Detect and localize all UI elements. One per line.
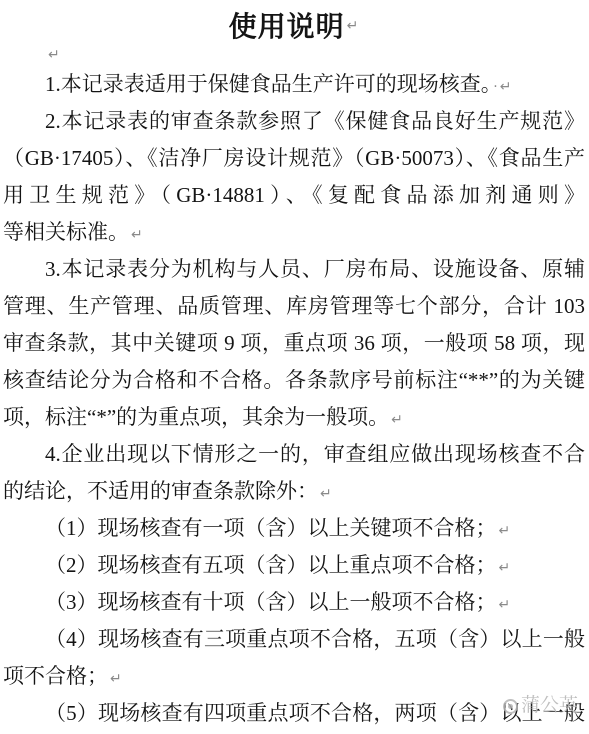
line-text: 用卫生规范》（GB·14881）、《复配食品添加剂通则》（GB·26687）: [3, 183, 585, 214]
title-row: 使用说明↵: [0, 0, 589, 46]
doc-line: 等相关标准。↵: [3, 214, 585, 251]
paragraph-mark-icon: ↵: [110, 671, 124, 687]
doc-line: （2）现场核查有五项（含）以上重点项不合格；↵: [3, 547, 585, 584]
doc-line: （1）现场核查有一项（含）以上关键项不合格；↵: [3, 510, 585, 547]
doc-line: 项不合格；↵: [3, 658, 585, 695]
doc-line: 的结论，不适用的审查条款除外：↵: [3, 473, 585, 510]
paragraph-mark-icon: ↵: [131, 227, 145, 243]
line-text: 3.本记录表分为机构与人员、厂房布局、设施设备、原辅料: [3, 257, 585, 288]
paragraph-mark-icon: ·↵: [493, 79, 513, 95]
doc-line: （5）现场核查有四项重点项不合格，两项（含）以上一般: [3, 695, 585, 732]
document-body: 1.本记录表适用于保健食品生产许可的现场核查。·↵ 2.本记录表的审查条款参照了…: [0, 66, 589, 732]
doc-line: 管理、生产管理、品质管理、库房管理等七个部分，合计 103 项: [3, 288, 585, 325]
doc-line: 用卫生规范》（GB·14881）、《复配食品添加剂通则》（GB·26687）: [3, 177, 585, 214]
line-text: 2.本记录表的审查条款参照了《保健食品良好生产规范》: [45, 109, 585, 133]
line-text: （1）现场核查有一项（含）以上关键项不合格；: [45, 516, 497, 540]
paragraph-mark-icon: ↵: [48, 47, 62, 63]
line-text: 项不合格；: [3, 664, 108, 688]
line-text: （4）现场核查有三项重点项不合格，五项（含）以上一般: [45, 627, 585, 651]
line-text: 的结论，不适用的审查条款除外：: [3, 479, 318, 503]
doc-line: 3.本记录表分为机构与人员、厂房布局、设施设备、原辅料: [3, 251, 585, 288]
paragraph-mark-icon: ↵: [320, 486, 334, 502]
line-text: 项，标注“*”的为重点项，其余为一般项。: [3, 405, 389, 429]
doc-line: （4）现场核查有三项重点项不合格，五项（含）以上一般: [3, 621, 585, 658]
doc-line: （GB·17405）、《洁净厂房设计规范》（GB·50073）、《食品生产通: [3, 140, 585, 177]
paragraph-mark-icon: ↵: [347, 18, 361, 34]
line-text: 核查结论分为合格和不合格。各条款序号前标注“**”的为关键: [3, 368, 585, 392]
line-text: 等相关标准。: [3, 220, 129, 244]
line-text: 管理、生产管理、品质管理、库房管理等七个部分，合计 103 项: [3, 294, 585, 325]
watermark: 蒲公英: [503, 695, 578, 717]
doc-line: （3）现场核查有十项（含）以上一般项不合格；↵: [3, 584, 585, 621]
doc-line: 项，标注“*”的为重点项，其余为一般项。↵: [3, 399, 585, 436]
blank-line: ↵: [0, 46, 589, 66]
doc-line: 1.本记录表适用于保健食品生产许可的现场核查。·↵: [3, 66, 585, 103]
line-text: 1.本记录表适用于保健食品生产许可的现场核查。: [45, 72, 491, 96]
line-text: 审查条款，其中关键项 9 项，重点项 36 项，一般项 58 项，现场: [3, 331, 585, 362]
doc-line: 4.企业出现以下情形之一的，审查组应做出现场核查不合格: [3, 436, 585, 473]
dandelion-logo-icon: [503, 699, 518, 714]
paragraph-mark-icon: ↵: [499, 560, 513, 576]
paragraph-mark-icon: ↵: [391, 412, 405, 428]
page-title: 使用说明: [229, 12, 345, 43]
document-page: 使用说明↵ ↵ 1.本记录表适用于保健食品生产许可的现场核查。·↵ 2.本记录表…: [0, 0, 589, 734]
line-text: （2）现场核查有五项（含）以上重点项不合格；: [45, 553, 497, 577]
doc-line: 审查条款，其中关键项 9 项，重点项 36 项，一般项 58 项，现场: [3, 325, 585, 362]
line-text: （3）现场核查有十项（含）以上一般项不合格；: [45, 590, 497, 614]
doc-line: 2.本记录表的审查条款参照了《保健食品良好生产规范》: [3, 103, 585, 140]
line-text: 4.企业出现以下情形之一的，审查组应做出现场核查不合格: [3, 442, 585, 473]
doc-line: 核查结论分为合格和不合格。各条款序号前标注“**”的为关键: [3, 362, 585, 399]
line-text: （GB·17405）、《洁净厂房设计规范》（GB·50073）、《食品生产通: [3, 146, 585, 177]
paragraph-mark-icon: ↵: [499, 597, 513, 613]
paragraph-mark-icon: ↵: [499, 523, 513, 539]
watermark-label: 蒲公英: [521, 695, 578, 717]
